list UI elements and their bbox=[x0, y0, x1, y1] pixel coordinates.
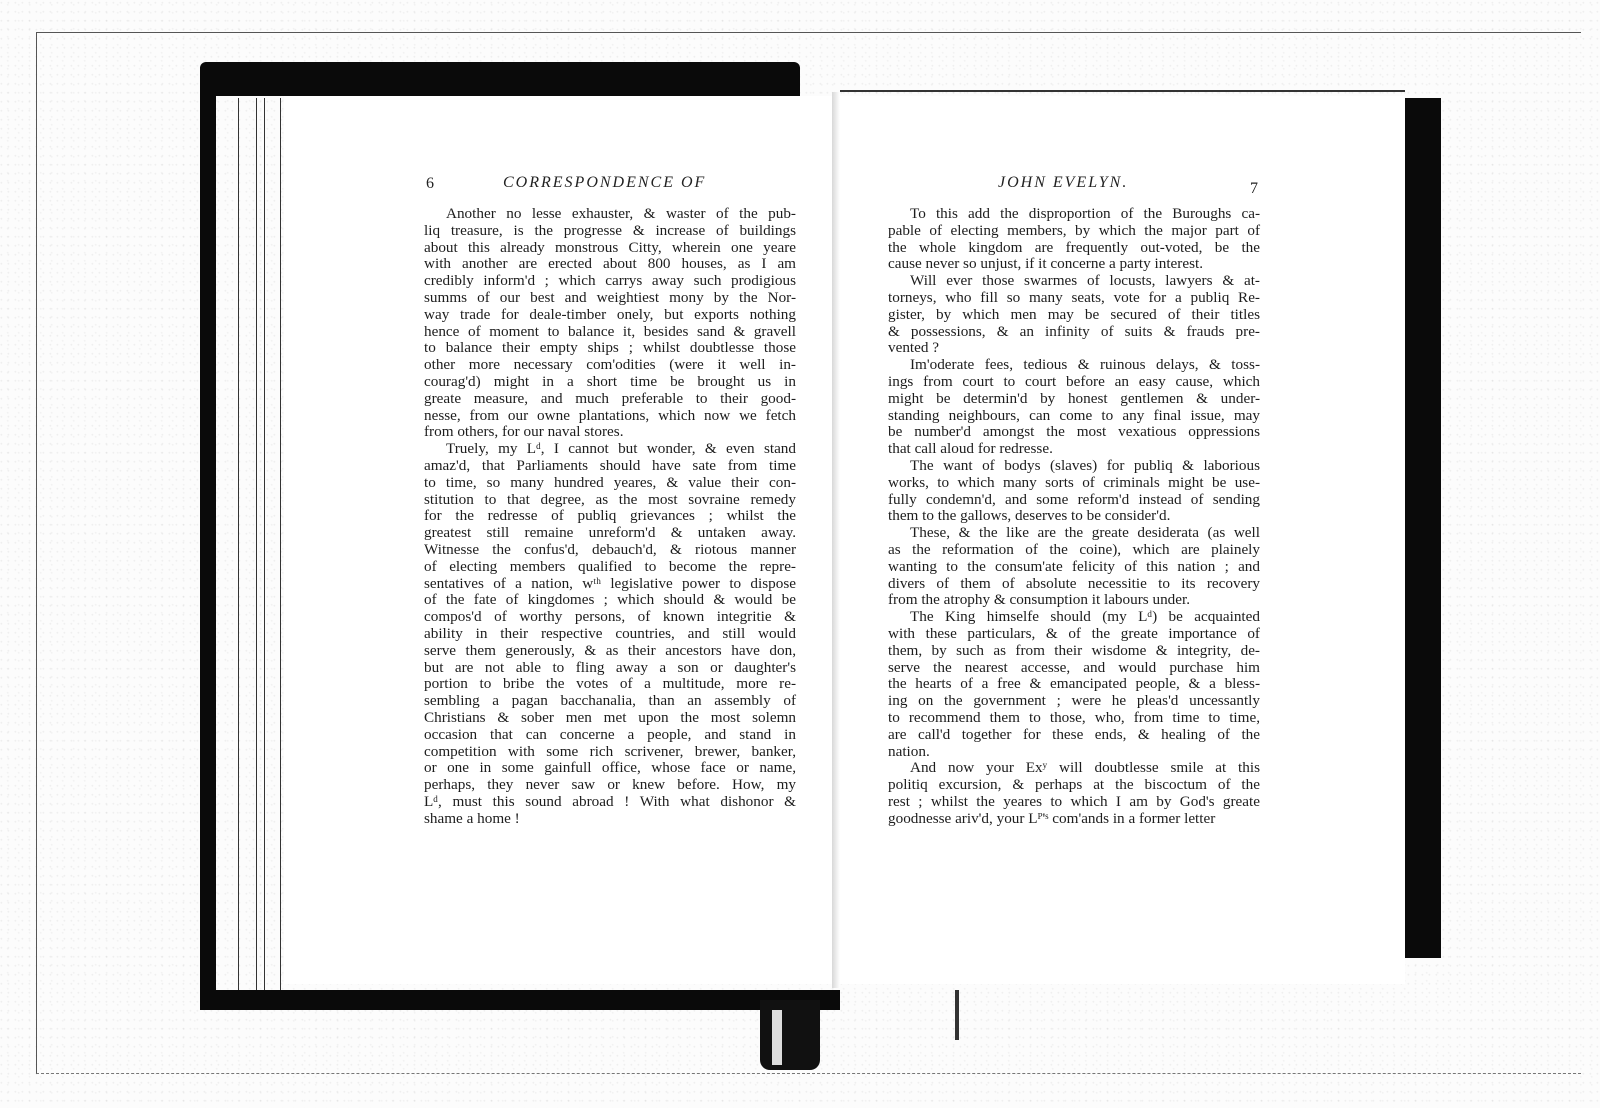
text-line: ings from court to court before an easy … bbox=[888, 374, 1260, 391]
paragraph: Im'oderate fees, tedious & ruinous delay… bbox=[888, 357, 1260, 458]
text-line: cause never so unjust, if it concerne a … bbox=[888, 256, 1260, 273]
text-line: Another no lesse exhauster, & waster of … bbox=[424, 206, 796, 223]
book-cover-right-edge bbox=[1405, 98, 1441, 958]
book-spine-bottom bbox=[760, 1000, 820, 1070]
right-running-head: JOHN EVELYN. bbox=[998, 174, 1128, 192]
text-line: hence of moment to balance it, besides s… bbox=[424, 324, 796, 341]
text-line: perhaps, they never saw or knew before. … bbox=[424, 777, 796, 794]
text-line: liq treasure, is the progresse & increas… bbox=[424, 223, 796, 240]
paragraph: To this add the disproportion of the Bur… bbox=[888, 206, 1260, 273]
book-right-bottom-edge bbox=[955, 990, 959, 1040]
text-line: to time, so many hundred yeares, & value… bbox=[424, 475, 796, 492]
text-line: portion to bribe the votes of a multitud… bbox=[424, 676, 796, 693]
text-line: goodnesse ariv'd, your Lᴾ'ˢ com'ands in … bbox=[888, 811, 1260, 828]
text-line: about this already monstrous Citty, wher… bbox=[424, 240, 796, 257]
text-line: nation. bbox=[888, 744, 1260, 761]
text-line: vented ? bbox=[888, 340, 1260, 357]
text-line: with another are erected about 800 house… bbox=[424, 256, 796, 273]
text-line: of electing members qualified to become … bbox=[424, 559, 796, 576]
text-line: And now your Exʸ will doubtlesse smile a… bbox=[888, 760, 1260, 777]
text-line: pable of electing members, by which the … bbox=[888, 223, 1260, 240]
text-line: occasion that can concerne a people, and… bbox=[424, 727, 796, 744]
text-line: nesse, from our owne plantations, which … bbox=[424, 408, 796, 425]
text-line: greate measure, and much preferable to t… bbox=[424, 391, 796, 408]
text-line: credibly inform'd ; which carrys away su… bbox=[424, 273, 796, 290]
text-line: The King himselfe should (my Lᵈ) be acqu… bbox=[888, 609, 1260, 626]
text-line: of the fate of kingdomes ; which should … bbox=[424, 592, 796, 609]
text-line: them to the gallows, deserves to be cons… bbox=[888, 508, 1260, 525]
text-line: competition with some rich scrivener, br… bbox=[424, 744, 796, 761]
text-line: serve them generously, & as their ancest… bbox=[424, 643, 796, 660]
text-line: the whole kingdom are frequently out-vot… bbox=[888, 240, 1260, 257]
text-line: These, & the like are the greate desider… bbox=[888, 525, 1260, 542]
text-line: ing on the government ; were he pleas'd … bbox=[888, 693, 1260, 710]
text-line: standing neighbours, can come to any fin… bbox=[888, 408, 1260, 425]
text-line: shame a home ! bbox=[424, 811, 796, 828]
text-line: Will ever those swarmes of locusts, lawy… bbox=[888, 273, 1260, 290]
right-page-number: 7 bbox=[1250, 180, 1258, 198]
text-line: them, by such as from their wisdome & in… bbox=[888, 643, 1260, 660]
text-line: divers of them of absolute necessitie to… bbox=[888, 576, 1260, 593]
book-gutter bbox=[832, 92, 840, 988]
text-line: fully condemn'd, and some reform'd inste… bbox=[888, 492, 1260, 509]
paragraph: The King himselfe should (my Lᵈ) be acqu… bbox=[888, 609, 1260, 760]
text-line: works, to which many sorts of criminals … bbox=[888, 475, 1260, 492]
paragraph: The want of bodys (slaves) for publiq & … bbox=[888, 458, 1260, 525]
text-line: from the atrophy & consumption it labour… bbox=[888, 592, 1260, 609]
text-line: Lᵈ, must this sound abroad ! With what d… bbox=[424, 794, 796, 811]
text-line: To this add the disproportion of the Bur… bbox=[888, 206, 1260, 223]
text-line: or one in some gainfull office, whose fa… bbox=[424, 760, 796, 777]
text-line: to recommend them to those, who, from ti… bbox=[888, 710, 1260, 727]
page-stack-line bbox=[256, 98, 257, 990]
text-line: & possessions, & an infinity of suits & … bbox=[888, 324, 1260, 341]
text-line: compos'd of worthy persons, of known int… bbox=[424, 609, 796, 626]
paragraph: Will ever those swarmes of locusts, lawy… bbox=[888, 273, 1260, 357]
right-page-top-edge bbox=[840, 90, 1405, 92]
text-line: other more necessary com'odities (were i… bbox=[424, 357, 796, 374]
text-line: with these particulars, & of the greate … bbox=[888, 626, 1260, 643]
text-line: politiq excursion, & perhaps at the bisc… bbox=[888, 777, 1260, 794]
text-line: ability in their respective countries, a… bbox=[424, 626, 796, 643]
book-cover-bottom-edge bbox=[200, 990, 840, 1010]
text-line: from others, for our naval stores. bbox=[424, 424, 796, 441]
text-line: greatest still remaine unreform'd & unta… bbox=[424, 525, 796, 542]
text-line: Witnesse the confus'd, debauch'd, & riot… bbox=[424, 542, 796, 559]
text-line: The want of bodys (slaves) for publiq & … bbox=[888, 458, 1260, 475]
page-stack-line bbox=[280, 98, 281, 990]
text-line: that call aloud for redresse. bbox=[888, 441, 1260, 458]
text-line: but are not able to fling away a son or … bbox=[424, 660, 796, 677]
text-line: Christians & sober men met upon the most… bbox=[424, 710, 796, 727]
left-running-head: CORRESPONDENCE OF bbox=[503, 174, 706, 192]
paragraph: And now your Exʸ will doubtlesse smile a… bbox=[888, 760, 1260, 827]
text-line: torneys, who fill so many seats, vote fo… bbox=[888, 290, 1260, 307]
text-line: serve the nearest accesse, and would pur… bbox=[888, 660, 1260, 677]
text-line: are call'd together for these ends, & he… bbox=[888, 727, 1260, 744]
text-line: amaz'd, that Parliaments should have sat… bbox=[424, 458, 796, 475]
paragraph: These, & the like are the greate desider… bbox=[888, 525, 1260, 609]
left-page-number: 6 bbox=[426, 175, 434, 193]
text-line: gister, by which men may be secured of t… bbox=[888, 307, 1260, 324]
text-line: might be determin'd by honest gentlemen … bbox=[888, 391, 1260, 408]
text-line: for the redresse of publiq grievances ; … bbox=[424, 508, 796, 525]
page-stack-line bbox=[238, 98, 239, 990]
text-line: sentatives of a nation, wᵗʰ legislative … bbox=[424, 576, 796, 593]
text-line: stitution to that degree, as the most so… bbox=[424, 492, 796, 509]
right-page-text-column: To this add the disproportion of the Bur… bbox=[888, 206, 1260, 827]
text-line: summs of our best and weightiest mony by… bbox=[424, 290, 796, 307]
text-line: rest ; whilst the yeares to which I am b… bbox=[888, 794, 1260, 811]
paragraph: Another no lesse exhauster, & waster of … bbox=[424, 206, 796, 441]
text-line: the hearts of a free & emancipated peopl… bbox=[888, 676, 1260, 693]
text-line: as the reformation of the coine), which … bbox=[888, 542, 1260, 559]
text-line: sembling a pagan bacchanalia, than an as… bbox=[424, 693, 796, 710]
book-cover-top-edge bbox=[200, 62, 800, 96]
left-page-text-column: Another no lesse exhauster, & waster of … bbox=[424, 206, 796, 827]
text-line: Truely, my Lᵈ, I cannot but wonder, & ev… bbox=[424, 441, 796, 458]
text-line: wanting to the consum'ate felicity of th… bbox=[888, 559, 1260, 576]
text-line: to balance their empty ships ; whilst do… bbox=[424, 340, 796, 357]
text-line: courag'd) might in a short time be broug… bbox=[424, 374, 796, 391]
text-line: be number'd amongst the most vexatious o… bbox=[888, 424, 1260, 441]
page-stack-line bbox=[264, 98, 265, 990]
text-line: Im'oderate fees, tedious & ruinous delay… bbox=[888, 357, 1260, 374]
paragraph: Truely, my Lᵈ, I cannot but wonder, & ev… bbox=[424, 441, 796, 827]
book-cover-left-edge bbox=[200, 70, 216, 1002]
text-line: way trade for deale-timber onely, but ex… bbox=[424, 307, 796, 324]
